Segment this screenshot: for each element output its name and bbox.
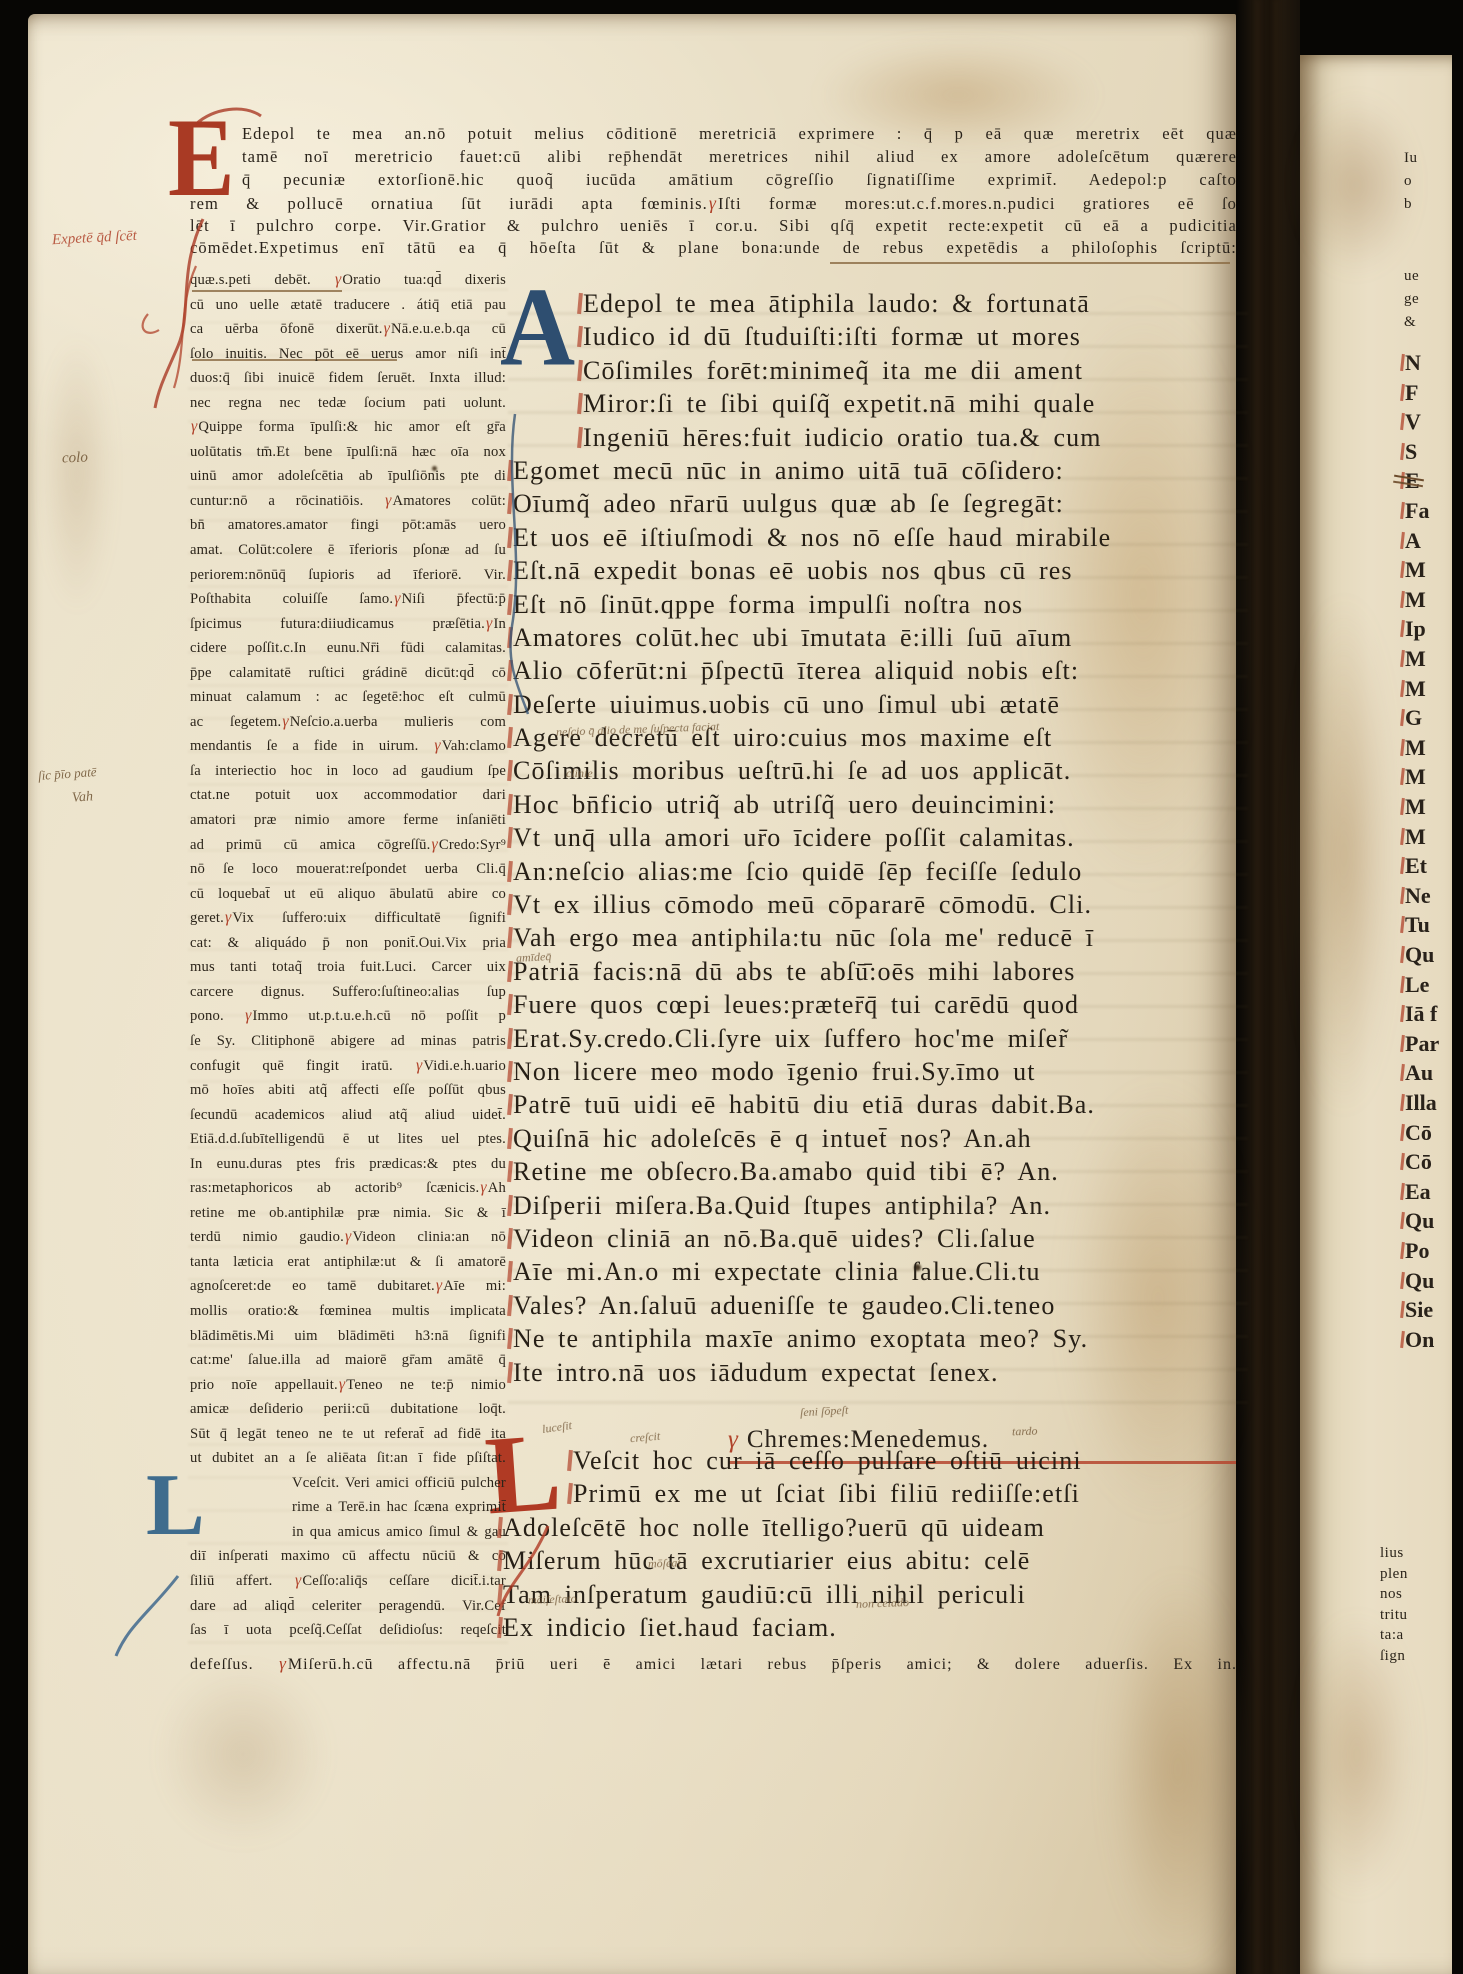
text-line: ſecundū academicos aliud atq̃ aliud uide…: [190, 1103, 506, 1128]
paraph-mark: γ: [244, 1007, 252, 1024]
text-line: Oīumq̃ adeo nr̄arū uulgus quæ ab ſe ſegr…: [505, 487, 1262, 520]
text-line: rem & pollucē ornatiua ſūt iurādi apta f…: [190, 192, 1237, 215]
cropped-verse-initial: Qu: [1400, 1268, 1434, 1294]
text-line: amicæ deſiderio perii:cū dubitatione loq…: [190, 1397, 506, 1422]
text-line: amat. Colūt:colere ē īferioris pſonæ ad …: [190, 538, 506, 563]
text-line: bn̄ amatores.amator fingi pōt:amās uero: [190, 513, 506, 538]
text-line: Diſperii miſera.Ba.Quid ſtupes antiphila…: [505, 1189, 1262, 1222]
text-line: Videon cliniā an nō.Ba.quē uides? Cli.ſa…: [505, 1222, 1262, 1255]
cropped-text-fragment: lius: [1380, 1545, 1404, 1562]
text-line: Ne te antiphila maxīe animo exoptata meo…: [505, 1322, 1262, 1355]
text-line: Vales? An.ſaluū adueniſſe te gaudeo.Cli.…: [505, 1289, 1262, 1322]
text-line: Patriā facis:nā dū abs te abſū̄:oēs mihi…: [505, 955, 1262, 988]
text-line: agnoſceret:de eo tamē dubitaret.γAīe mi:: [190, 1274, 506, 1299]
interlinear-gloss: clinie: [566, 766, 593, 781]
paraph-mark: γ: [433, 737, 441, 754]
cropped-verse-initial: E: [1400, 468, 1420, 494]
margin-note: Expetē q̄d ſcēt: [52, 228, 138, 249]
text-line: geret.γVix ſuffero:uix difficultatē ſign…: [190, 906, 506, 931]
paraph-mark: γ: [344, 1228, 352, 1245]
text-line: blādimētis.Mi uim blādimēti h3:nā ſignif…: [190, 1324, 506, 1349]
text-line: Aīe mi.An.o mi expectate clinia ſalue.Cl…: [505, 1255, 1262, 1288]
cropped-text-fragment: nos: [1380, 1586, 1402, 1603]
text-line: prio noīe appellauit.γTeneo ne te:p̄ nim…: [190, 1373, 506, 1398]
top-text-block: Edepol te mea an.nō potuit melius cōditi…: [190, 123, 1237, 260]
bottom-text-line: defeſſus. γMiſerū.h.cū affectu.nā p̄riū …: [190, 1653, 1237, 1676]
cropped-verse-initial: Iā f: [1400, 1001, 1437, 1027]
paraph-mark: γ: [294, 1572, 302, 1589]
text-line: Cōſimilis moribus ueſtrū.hi ſe ad uos ap…: [505, 754, 1262, 787]
text-line: nec regna nec tedæ ſocium pati uolunt.: [190, 391, 506, 416]
interlinear-gloss: māifeſtato: [528, 1591, 577, 1608]
text-line: ſpicimus futura:diiudicamus præſētia.γIn: [190, 612, 506, 637]
cropped-verse-initial: G: [1400, 705, 1422, 731]
text-line: p̄pe calamitatē ruſtici grádinē dicūt:qd…: [190, 661, 506, 686]
text-line: uolūtatis tm̄.Et bene īpulſi:nā hæc oīa …: [190, 440, 506, 465]
text-line: Edepol te mea ātiphila laudo: & fortunat…: [505, 287, 1262, 320]
cropped-verse-initial: Sie: [1400, 1297, 1433, 1323]
interlinear-gloss: tardo: [1012, 1424, 1038, 1440]
left-page: E A L L Edepol te mea an.nō potuit meliu…: [28, 14, 1236, 1974]
cropped-verse-initial: A: [1400, 528, 1421, 554]
cropped-verse-initial: M: [1400, 587, 1426, 613]
cropped-verse-initial: Qu: [1400, 942, 1434, 968]
text-line: pono. γImmo ut.p.t.u.e.h.cū nō poſſit p: [190, 1004, 506, 1029]
cropped-text-fragment: ſign: [1380, 1648, 1405, 1665]
text-line: Etiā.d.d.ſubītelligendū ē ut lites uel p…: [190, 1127, 506, 1152]
text-line: cat:me' ſalue.illa ad maiorē gr̄am amātē…: [190, 1348, 506, 1373]
text-line: duos:q̄ ſibi inuicē fidem ſeruēt. Inxta …: [190, 366, 506, 391]
text-line: cuntur:nō a rōcinatiōis. γAmatores colūt…: [190, 489, 506, 514]
text-line: Deſerte uiuimus.uobis cū uno ſimul ubi æ…: [505, 688, 1262, 721]
cropped-verse-initial: N: [1400, 350, 1421, 376]
text-line: ſe Sy. Clitiphonē abigere ad minas patri…: [190, 1029, 506, 1054]
text-line: Non licere meo modo īgenio frui.Sy.īmo u…: [505, 1055, 1262, 1088]
cropped-verse-initial: Ea: [1400, 1179, 1431, 1205]
cropped-text-fragment: plen: [1380, 1566, 1408, 1583]
text-line: Sūt q̄ legāt teneo ne te ut referat̄ ad …: [190, 1422, 506, 1447]
paraph-mark: γ: [435, 1277, 443, 1294]
cropped-verse-initial: M: [1400, 676, 1426, 702]
age-stain: [158, 1664, 328, 1844]
cropped-verse-initial: Le: [1400, 972, 1429, 998]
text-line: mendantis ſe a fide in uirum. γVah:clamo: [190, 734, 506, 759]
text-line: Veſcit hoc cur iā ceſſo pulſare oſtiū ui…: [495, 1444, 1262, 1477]
text-line: Ex indicio ſiet.haud faciam.: [495, 1611, 1262, 1644]
text-line: Eſt.nā expedit bonas eē uobis nos qbus c…: [505, 554, 1262, 587]
text-line: Amatores colūt.hec ubi īmutata ē:illi ſu…: [505, 621, 1262, 654]
interlinear-gloss: non celado: [856, 1595, 909, 1612]
text-line: ctat.ne potuit uox accommodatior dari: [190, 783, 506, 808]
interlinear-gloss: creſcit: [629, 1429, 660, 1447]
text-line: ſa interiectio hoc in loco ad gaudium ſp…: [190, 759, 506, 784]
text-line: retine me ob.antiphilæ præ nimia. Sic & …: [190, 1201, 506, 1226]
paraph-mark: γ: [485, 615, 493, 632]
text-line: tanta læticia erat antiphilæ:ut & ſi ama…: [190, 1250, 506, 1275]
text-line: Cōſimiles forēt:minimeq̃ ita me dii amen…: [505, 354, 1262, 387]
cropped-verse-initial: M: [1400, 824, 1426, 850]
text-line: ad primū cū amica cōgreſſū.γCredo:Syr⁹: [190, 833, 506, 858]
paraph-mark: γ: [708, 193, 718, 213]
cropped-verse-initial: Illa: [1400, 1090, 1437, 1116]
cropped-text-fragment: ta:a: [1380, 1627, 1404, 1644]
paraph-mark: γ: [479, 1179, 487, 1196]
text-line: confugit quē fingit iratū. γVidi.e.h.uar…: [190, 1054, 506, 1079]
cropped-verse-initial: M: [1400, 646, 1426, 672]
paraph-mark: γ: [224, 909, 232, 926]
text-line: Primū ex me ut ſciat ſibi filiū rediiſſe…: [495, 1477, 1262, 1510]
text-line: ſas ī uota pceſq̃.Ceſſat deſidioſus: req…: [190, 1618, 506, 1643]
cropped-verse-initial: M: [1400, 557, 1426, 583]
text-line: ac ſegetem.γNeſcio.a.uerba mulieris com: [190, 710, 506, 735]
text-line: cidere poſſit.c.In eunu.Nr̄i fūdi calami…: [190, 636, 506, 661]
cropped-verse-initial: Cō: [1400, 1149, 1432, 1175]
text-line: quæ.s.peti debēt. γOratio tua:qd̄ dixeri…: [190, 268, 506, 293]
paraph-mark: γ: [338, 1376, 346, 1393]
play-text-column-2: Veſcit hoc cur iā ceſſo pulſare oſtiū ui…: [495, 1444, 1262, 1644]
text-line: mō hoīes abiti atq̃ affecti eſſe poſſūt …: [190, 1078, 506, 1103]
cropped-text-fragment: &: [1404, 314, 1416, 331]
text-line: An:neſcio alias:me ſcio quidē ſēp feciſſ…: [505, 855, 1262, 888]
text-line: tamē noī meretricio fauet:cū alibi rep̄h…: [190, 146, 1237, 169]
right-page: Iuobuege&NFVSEFaAMMIpMMGMMMMEtNeTuQuLeIā…: [1300, 55, 1452, 1974]
text-line: ſolo inuitis. Nec pōt eē uerus amor niſi…: [190, 342, 506, 367]
cropped-verse-initial: Qu: [1400, 1208, 1434, 1234]
commentary-column: quæ.s.peti debēt. γOratio tua:qd̄ dixeri…: [190, 268, 506, 1643]
text-line: In eunu.duras ptes fris prædicas:& ptes …: [190, 1152, 506, 1177]
text-line: Miſerum hūc tā excrutiarier eius abitu: …: [495, 1544, 1262, 1577]
paraph-mark: γ: [278, 1654, 288, 1673]
paraph-mark: γ: [384, 492, 392, 509]
cropped-verse-initial: M: [1400, 794, 1426, 820]
text-line: Edepol te mea an.nō potuit melius cōditi…: [190, 123, 1237, 146]
cropped-verse-initial: Et: [1400, 853, 1427, 879]
margin-note: Vah: [71, 789, 93, 806]
text-line: ſiliū affert. γCeſſo:aliq̄s ceſſare dici…: [190, 1569, 506, 1594]
text-line: Erat.Sy.credo.Cli.ſyre uix ſuffero hoc'm…: [505, 1022, 1262, 1055]
book-gutter: [1236, 0, 1300, 1974]
text-line: Egomet mecū nūc in animo uitā tuā cōſide…: [505, 454, 1262, 487]
play-text-column: Edepol te mea ātiphila laudo: & fortunat…: [505, 287, 1262, 1389]
cropped-verse-initial: Par: [1400, 1031, 1439, 1057]
text-line: lēt ī pulchro corpe. Vir.Gratior & pulch…: [190, 215, 1237, 238]
interlinear-gloss: luceſit: [541, 1418, 573, 1437]
text-line: Retine me obſecro.Ba.amabo quid tibi ē? …: [505, 1155, 1262, 1188]
text-line: terdū nimio gaudio.γVideon clinia:an nō: [190, 1225, 506, 1250]
cropped-text-fragment: tritu: [1380, 1607, 1408, 1624]
text-line: Vah ergo mea antiphila:tu nūc ſola me' r…: [505, 921, 1262, 954]
cropped-verse-initial: Fa: [1400, 498, 1429, 524]
text-line: Iudico id dū ſtuduiſti:iſti formæ ut mor…: [505, 320, 1262, 353]
text-line: cū uno uelle ætatē traducere . átiq̄ eti…: [190, 293, 506, 318]
text-line: Patrē tuū uidi eē habitū diu etiā duras …: [505, 1088, 1262, 1121]
text-line: nō ſe loco mouerat:reſpondet uerba Cli.q…: [190, 857, 506, 882]
text-line: uinū amor adoleſcētia ab īpulſiōnis pte …: [190, 464, 506, 489]
text-line: Vt unq̄ ulla amori ur̄o īcidere poſſit c…: [505, 821, 1262, 854]
cropped-verse-initial: Po: [1400, 1238, 1429, 1264]
paraph-mark: γ: [383, 320, 391, 337]
text-line: cū loquebat̄ ut eū aliquo ābulatū abire …: [190, 882, 506, 907]
annotation-underline: [830, 262, 1230, 264]
text-line: Miror:ſi te ſibi quiſq̃ expetit.nā mihi …: [505, 387, 1262, 420]
text-line: ut dubitet an a ſe aliēata ſit:an ī fide…: [190, 1446, 506, 1471]
text-line: Ingeniū hēres:fuit iudicio oratio tua.& …: [505, 421, 1262, 454]
text-line: cōmēdet.Expetimus enī tātū ea q̄ hōeſta …: [190, 237, 1237, 260]
cropped-verse-initial: F: [1400, 380, 1418, 406]
text-line: amatori præ nimio amore ferme inſaniēti: [190, 808, 506, 833]
cropped-verse-initial: Au: [1400, 1060, 1433, 1086]
interlinear-gloss: mōſeat: [648, 1555, 681, 1571]
text-line: dare ad aliqd̄ celeriter peragendū. Vir.…: [190, 1594, 506, 1619]
paraph-mark: γ: [431, 836, 439, 853]
text-line: diī inſperati maximo cū affectu nūciū & …: [190, 1544, 506, 1569]
text-line: mus tanti totaq̃ troia fuit.Luci. Carcer…: [190, 955, 506, 980]
text-line: ras:metaphoricos ab actorib⁹ ſcænicis.γA…: [190, 1176, 506, 1201]
cropped-verse-initial: M: [1400, 764, 1426, 790]
paraph-mark: γ: [281, 713, 289, 730]
gutter-crease: [1274, 0, 1278, 1974]
cropped-verse-initial: S: [1400, 439, 1417, 465]
paraph-mark: γ: [393, 590, 401, 607]
text-line: Quiſnā hic adoleſcēs ē q intuet̄ nos? An…: [505, 1122, 1262, 1155]
text-line: Poſthabita coluiſſe ſamo.γNiſi p̄fectū:p…: [190, 587, 506, 612]
book-photo: E A L L Edepol te mea an.nō potuit meliu…: [0, 0, 1463, 1974]
text-line: minuat calamum : ac ſegetē:hoc eſt culmū: [190, 685, 506, 710]
cropped-text-fragment: b: [1404, 196, 1412, 213]
text-line: mollis oratio:& fœminea multis implicata: [190, 1299, 506, 1324]
cropped-verse-initial: Ne: [1400, 883, 1431, 909]
paraph-mark: γ: [190, 418, 198, 435]
paraph-mark: γ: [334, 271, 342, 288]
text-line: Et uos eē iſtiuſmodi & nos nō eſſe haud …: [505, 521, 1262, 554]
interlinear-gloss: amīdeq̄: [516, 949, 552, 966]
text-line: Adoleſcētē hoc nolle ītelligo?uerū qū ui…: [495, 1511, 1262, 1544]
cropped-text-fragment: Iu: [1404, 150, 1418, 167]
text-line: Ite intro.nā uos iādudum expectat ſenex.: [505, 1356, 1262, 1389]
text-line: rime a Terē.in hac ſcæna exprimit̄: [190, 1495, 506, 1520]
age-stain: [42, 334, 112, 614]
text-line: Alio cōferūt:ni p̄ſpectū īterea aliquid …: [505, 654, 1262, 687]
margin-note: colo: [62, 450, 88, 468]
text-line: in qua amicus amico ſimul & gau: [190, 1520, 506, 1545]
cropped-verse-initial: On: [1400, 1327, 1434, 1353]
margin-note: ſic p̄īo patē: [38, 764, 97, 784]
paraph-mark: γ: [415, 1057, 423, 1074]
age-stain: [1294, 595, 1394, 1115]
text-line: Fuere quos cœpi leues:præter̄q̄ tui carē…: [505, 988, 1262, 1021]
cropped-text-fragment: ue: [1404, 268, 1419, 285]
cropped-verse-initial: Ip: [1400, 616, 1426, 642]
cropped-verse-initial: M: [1400, 735, 1426, 761]
text-line: Vt ex illius cōmodo meū cōpararē cōmodū.…: [505, 888, 1262, 921]
text-line: q̄ pecuniæ extorſionē.hic quoq̃ iucūda a…: [190, 169, 1237, 192]
text-line: Hoc bn̄ficio utriq̃ ab utriſq̃ uero deui…: [505, 788, 1262, 821]
text-line: Eſt nō ſinūt.qppe forma impulſi noſtra n…: [505, 588, 1262, 621]
cropped-text-fragment: o: [1404, 173, 1412, 190]
cropped-verse-initial: Tu: [1400, 912, 1430, 938]
cropped-verse-initial: V: [1400, 409, 1421, 435]
text-line: periorem:nōnūq̄ ſupioris ad īferiorē. Vi…: [190, 563, 506, 588]
interlinear-gloss: ſeni ſōpeſt: [800, 1403, 849, 1421]
gutter-crease: [1256, 0, 1260, 1974]
cropped-verse-initial: Cō: [1400, 1120, 1432, 1146]
cropped-text-fragment: ge: [1404, 291, 1419, 308]
text-line: carcere dignus. Suffero:ſuſtineo:alias ſ…: [190, 980, 506, 1005]
text-line: γQuippe forma īpulſi:& hic amor eſt gr̄a: [190, 415, 506, 440]
text-line: ca uērba ōfonē dixerūt.γNā.e.u.e.b.qa cū: [190, 317, 506, 342]
age-stain: [1296, 95, 1416, 275]
text-line: Vceſcit. Veri amici officiū pulcher: [190, 1471, 506, 1496]
text-line: cat: & aliquádo p̄ non ponit̄.Oui.Vix pr…: [190, 931, 506, 956]
